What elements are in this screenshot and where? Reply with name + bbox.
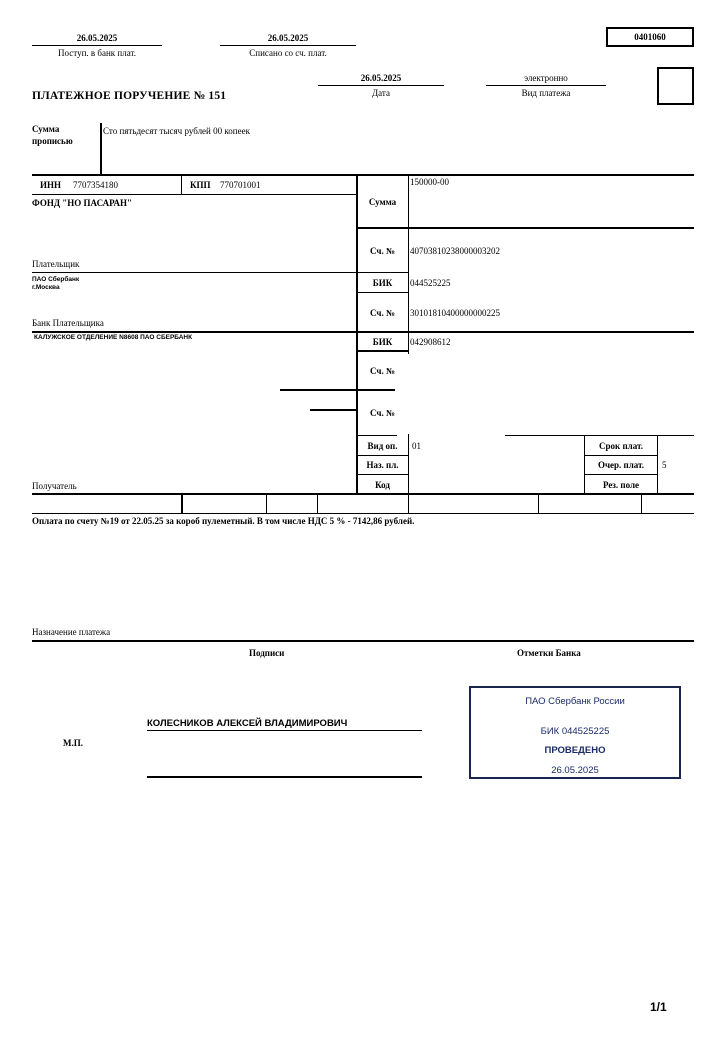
stamp-bank-name: ПАО Сбербанк России <box>471 696 679 707</box>
payer-bik-label: БИК <box>357 278 408 288</box>
payee-bik: 042908612 <box>410 337 451 347</box>
payer-name: ФОНД "НО ПАСАРАН" <box>32 198 132 208</box>
op-type-label: Вид оп. <box>357 441 408 451</box>
signer-name: КОЛЕСНИКОВ АЛЕКСЕЙ ВЛАДИМИРОВИЧ <box>147 718 347 729</box>
divider <box>538 494 539 513</box>
stamp-status: ПРОВЕДЕНО <box>471 745 679 756</box>
divider <box>220 45 356 46</box>
inn-label: ИНН <box>40 180 61 190</box>
divider <box>32 45 162 46</box>
payer-bank-name: ПАО Сбербанк <box>32 276 79 283</box>
divider <box>32 194 357 195</box>
divider <box>357 350 409 352</box>
divider <box>486 85 606 86</box>
payer-bank-label: Банк Плательщика <box>32 318 104 328</box>
received-label: Поступ. в банк плат. <box>32 48 162 58</box>
purpose-code-label: Наз. пл. <box>357 460 408 470</box>
payer-account-label: Сч. № <box>357 246 408 256</box>
divider <box>357 455 409 456</box>
divider <box>357 435 397 436</box>
divider <box>584 455 658 456</box>
payer-account: 40703810238000003202 <box>410 246 500 256</box>
divider <box>32 493 694 495</box>
divider <box>408 494 409 513</box>
signatures-label: Подписи <box>249 648 284 658</box>
redacted-area <box>395 354 694 434</box>
divider <box>318 85 444 86</box>
amount-words-label: Сумма <box>32 124 59 134</box>
document-date: 26.05.2025 <box>318 73 444 83</box>
divider <box>641 494 642 513</box>
divider <box>32 640 694 642</box>
payer-bik: 044525225 <box>410 278 451 288</box>
amount-value: 150000-00 <box>410 177 449 187</box>
payment-type: электронно <box>486 73 606 83</box>
stamp-date: 26.05.2025 <box>471 765 679 776</box>
payer-bank-city: г.Москва <box>32 284 60 291</box>
divider <box>32 331 694 333</box>
debited-label: Списано со сч. плат. <box>220 48 356 58</box>
due-label: Срок плат. <box>585 441 657 451</box>
inn-value: 7707354180 <box>73 180 118 190</box>
bank-marks-label: Отметки Банка <box>517 648 581 658</box>
form-code: 0401060 <box>608 32 692 42</box>
divider <box>181 175 182 194</box>
bank-stamp: ПАО Сбербанк России БИК 044525225 ПРОВЕД… <box>469 686 681 779</box>
kpp-label: КПП <box>190 180 211 190</box>
divider <box>32 174 694 176</box>
divider <box>100 123 102 175</box>
date-label: Дата <box>318 88 444 98</box>
divider <box>657 435 658 493</box>
divider <box>266 494 267 513</box>
divider <box>310 409 357 411</box>
payer-label: Плательщик <box>32 259 79 269</box>
code-label: Код <box>357 480 408 490</box>
divider <box>357 474 409 475</box>
divider <box>32 272 408 273</box>
amount-label: Сумма <box>357 197 408 207</box>
kpp-value: 770701001 <box>220 180 261 190</box>
stamp-bik: БИК 044525225 <box>471 726 679 737</box>
payee-label: Получатель <box>32 481 77 491</box>
priority-label: Очер. плат. <box>585 460 657 470</box>
divider <box>584 474 658 475</box>
status-box <box>657 67 694 105</box>
divider <box>357 292 409 293</box>
form-code-box: 0401060 <box>606 27 694 47</box>
debited-date: 26.05.2025 <box>220 33 356 43</box>
divider <box>357 227 694 229</box>
payee-bank-name: КАЛУЖСКОЕ ОТДЕЛЕНИЕ N8608 ПАО СБЕРБАНК <box>34 334 192 341</box>
received-date: 26.05.2025 <box>32 33 162 43</box>
divider <box>505 435 694 436</box>
page-title: ПЛАТЕЖНОЕ ПОРУЧЕНИЕ № 151 <box>32 90 226 102</box>
page-indicator: 1/1 <box>650 1000 667 1014</box>
divider <box>317 494 318 513</box>
amount-words-value: Сто пятьдесят тысяч рублей 00 копеек <box>103 126 250 136</box>
signature-line <box>147 730 422 731</box>
payer-corr-account-label: Сч. № <box>357 308 408 318</box>
payment-purpose-label: Назначение платежа <box>32 627 110 637</box>
amount-words-label-2: прописью <box>32 136 73 146</box>
payment-purpose-text: Оплата по счету №19 от 22.05.25 за короб… <box>32 516 414 526</box>
divider <box>280 389 398 391</box>
payee-bik-label: БИК <box>357 337 408 347</box>
priority-value: 5 <box>662 460 667 470</box>
payer-corr-account: 30101810400000000225 <box>410 308 500 318</box>
divider <box>408 175 409 493</box>
divider <box>181 494 183 513</box>
signature-line <box>147 776 422 778</box>
divider <box>32 513 694 514</box>
stamp-place-label: М.П. <box>63 738 83 748</box>
payment-type-label: Вид платежа <box>486 88 606 98</box>
reserve-label: Рез. поле <box>585 480 657 490</box>
op-type-value: 01 <box>412 441 421 451</box>
